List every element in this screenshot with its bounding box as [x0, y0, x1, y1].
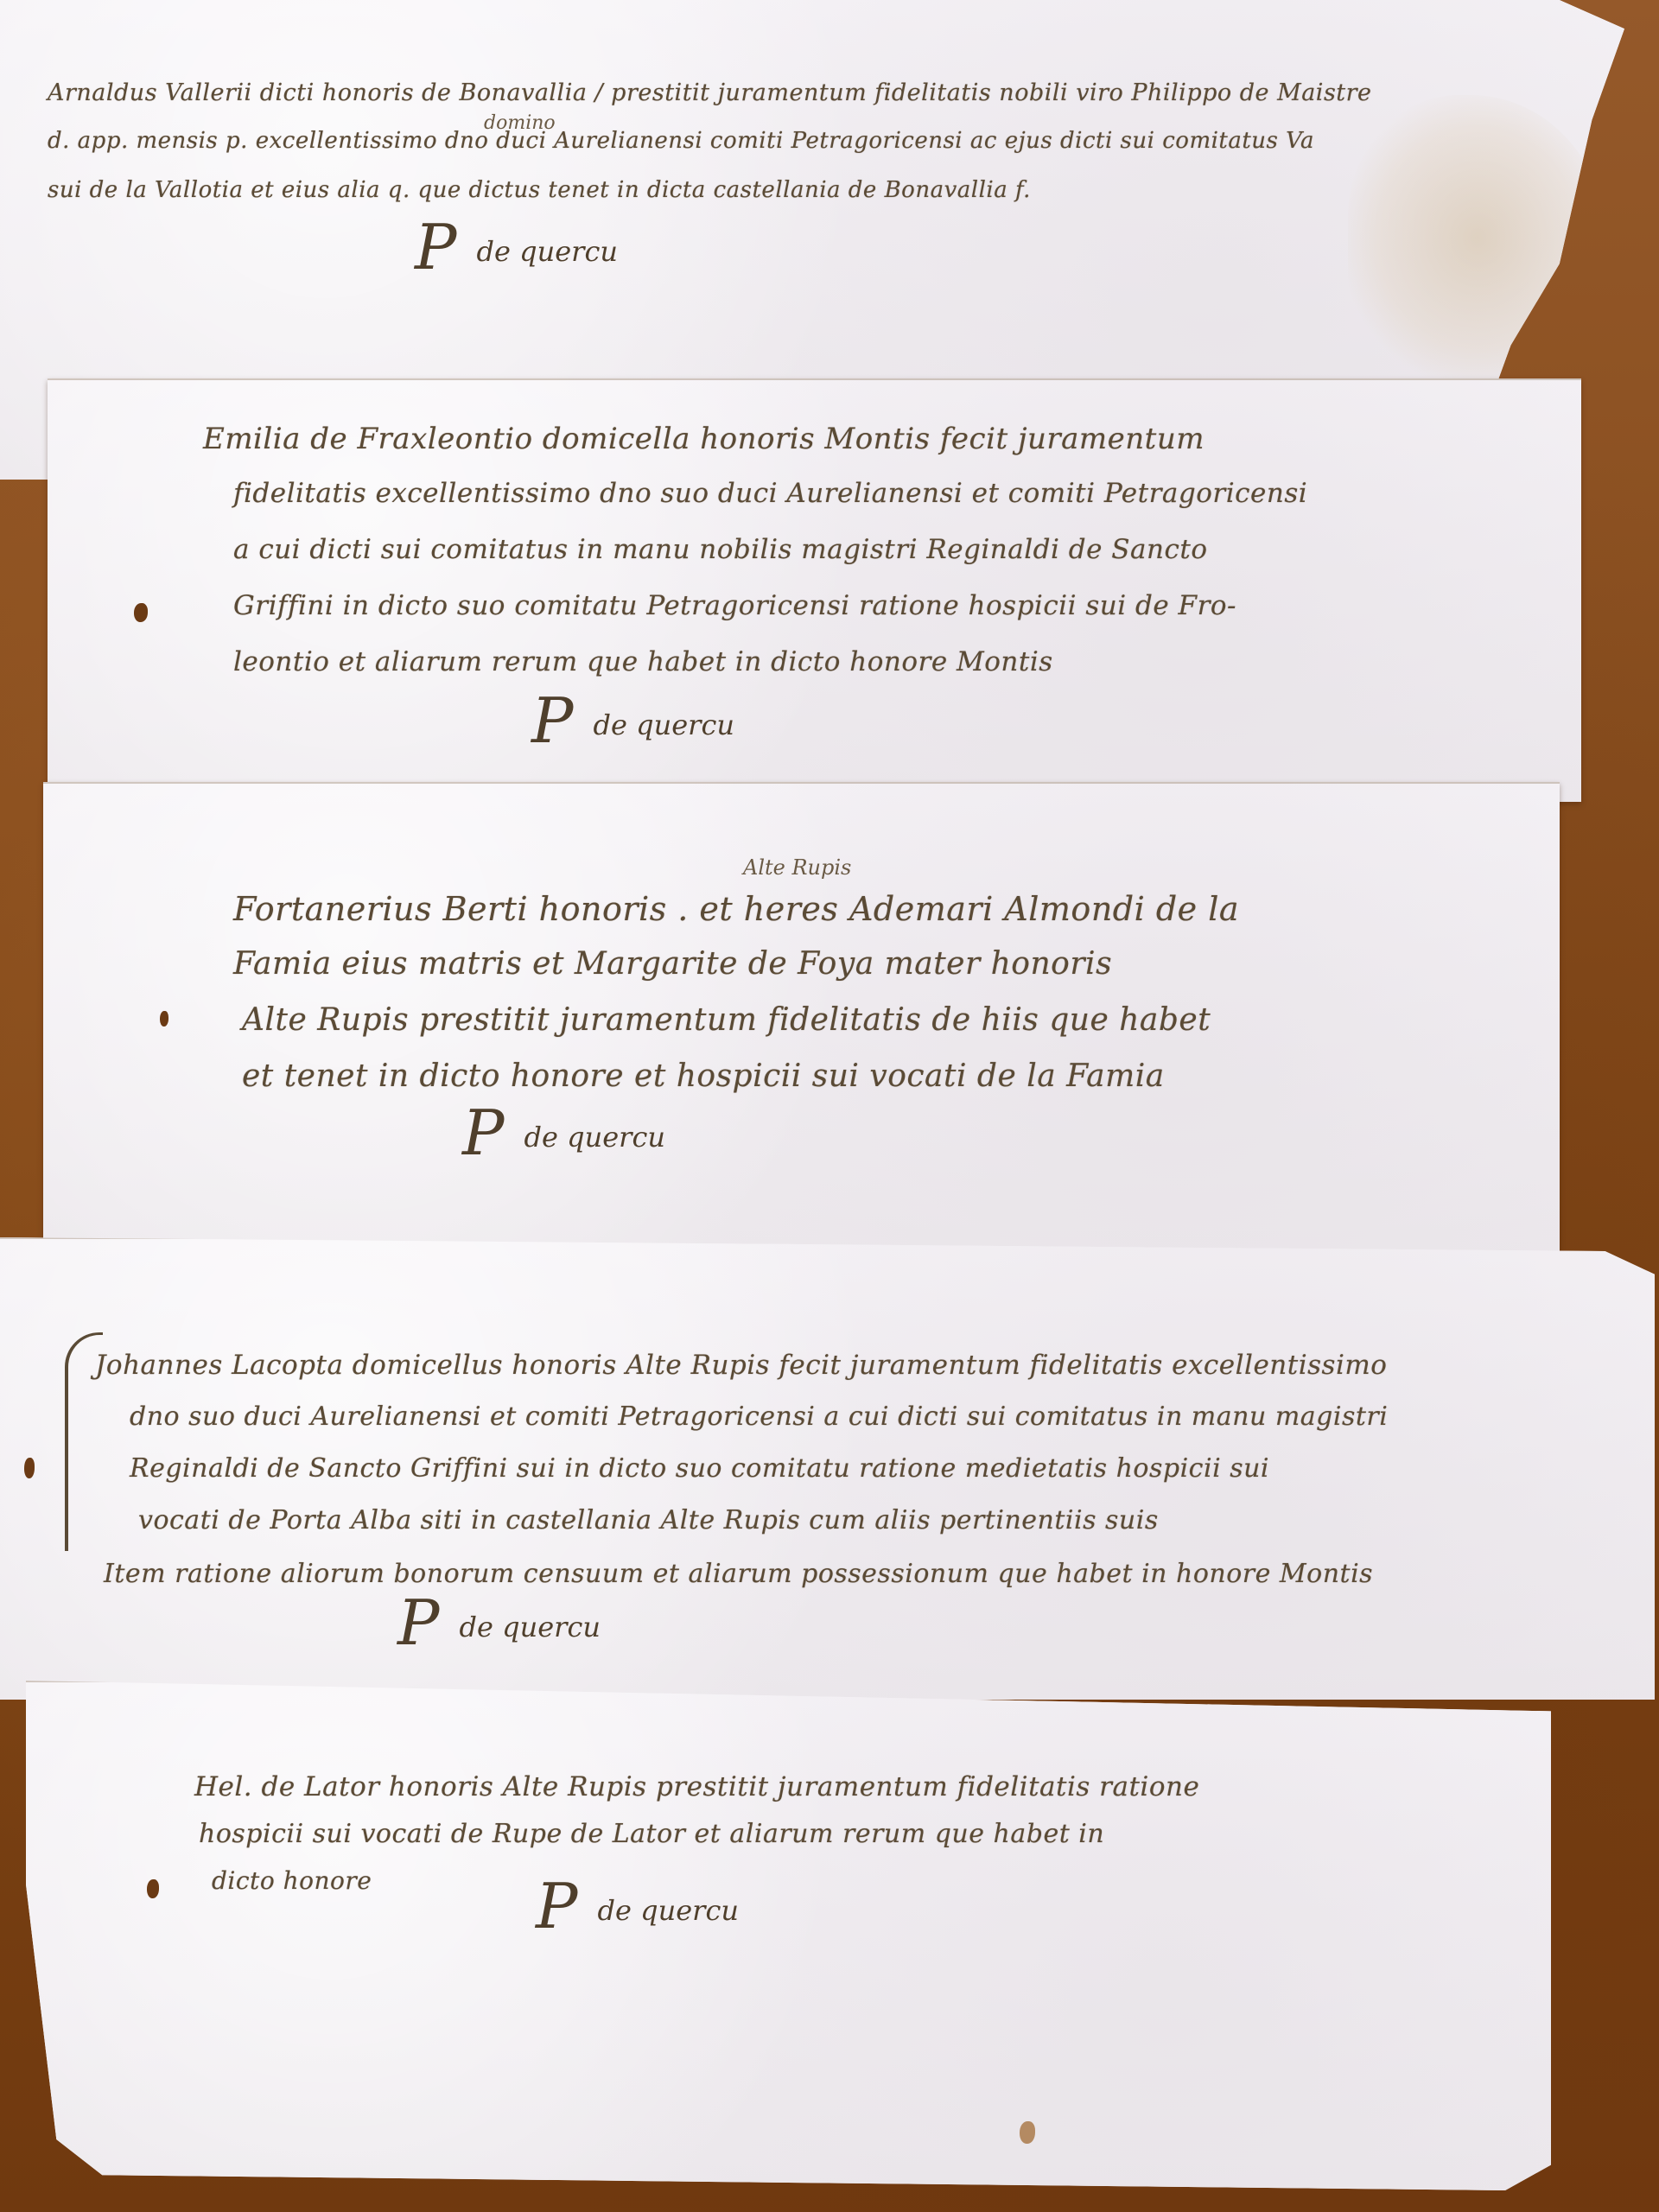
slip-1-line-3: sui de la Vallotia et eius alia q. que d…	[48, 177, 1031, 203]
slip-3-interlinear: Alte Rupis	[743, 855, 851, 880]
slip-2-line-1: Emilia de Fraxleontio domicella honoris …	[203, 422, 1205, 456]
slip-1-signature: P de quercu	[415, 216, 618, 278]
notary-name: de quercu	[477, 235, 618, 268]
notary-mark: P	[415, 216, 456, 278]
slip-2-line-2: fidelitatis excellentissimo dno suo duci…	[233, 478, 1307, 509]
slip-3-line-2: Famia eius matris et Margarite de Foya m…	[233, 946, 1112, 982]
slip-5-line-2: hospicii sui vocati de Rupe de Lator et …	[199, 1819, 1104, 1849]
slip-4-line-4: vocati de Porta Alba siti in castellania…	[138, 1505, 1159, 1535]
slip-2-line-3: a cui dicti sui comitatus in manu nobili…	[233, 534, 1207, 565]
slip-5: Hel. de Lator honoris Alte Rupis prestit…	[26, 1681, 1551, 2190]
slip-4-line-3: Reginaldi de Sancto Griffini sui in dict…	[130, 1453, 1269, 1484]
slip-2-line-4: Griffini in dicto suo comitatu Petragori…	[233, 590, 1236, 621]
water-stain	[1348, 95, 1607, 380]
slip-3-line-3: Alte Rupis prestitit juramentum fidelita…	[242, 1002, 1211, 1038]
slip-5-line-3: dicto honore	[212, 1866, 372, 1895]
slip-3-signature: P de quercu	[462, 1102, 665, 1164]
notary-name: de quercu	[460, 1611, 601, 1643]
notary-mark: P	[462, 1102, 504, 1164]
slip-4-line-2: dno suo duci Aurelianensi et comiti Petr…	[130, 1402, 1388, 1432]
notary-mark: P	[531, 690, 573, 752]
slip-4-line-5: Item ratione aliorum bonorum censuum et …	[104, 1559, 1373, 1589]
paper-blemish	[1020, 2121, 1035, 2144]
slip-4-signature: P de quercu	[397, 1592, 601, 1654]
slip-5-line-1: Hel. de Lator honoris Alte Rupis prestit…	[194, 1771, 1199, 1802]
notary-mark: P	[397, 1592, 439, 1654]
binding-hole	[134, 603, 148, 622]
binding-hole	[147, 1879, 159, 1898]
notary-name: de quercu	[594, 709, 734, 741]
slip-4-line-1: Johannes Lacopta domicellus honoris Alte…	[95, 1350, 1387, 1381]
slip-1-line-2: d. app. mensis p. excellentissimo dno du…	[48, 128, 1314, 154]
binding-hole	[160, 1011, 168, 1027]
slip-1-line-1: Arnaldus Vallerii dicti honoris de Bonav…	[48, 79, 1372, 106]
slip-3: Alte Rupis Fortanerius Berti honoris . e…	[43, 782, 1560, 1253]
slip-3-line-4: et tenet in dicto honore et hospicii sui…	[242, 1058, 1165, 1094]
slip-5-signature: P de quercu	[536, 1875, 739, 1937]
slip-2-signature: P de quercu	[531, 690, 734, 752]
slip-3-line-1: Fortanerius Berti honoris . et heres Ade…	[233, 890, 1239, 928]
notary-mark: P	[536, 1875, 577, 1937]
notary-name: de quercu	[524, 1121, 665, 1154]
binding-hole	[24, 1458, 35, 1478]
slip-2: Emilia de Fraxleontio domicella honoris …	[48, 378, 1581, 802]
slip-4: Johannes Lacopta domicellus honoris Alte…	[0, 1237, 1655, 1700]
slip-3-edge	[43, 782, 1560, 791]
notary-name: de quercu	[598, 1894, 739, 1927]
slip-2-edge	[48, 378, 1581, 387]
slip-2-line-5: leontio et aliarum rerum que habet in di…	[233, 646, 1053, 677]
